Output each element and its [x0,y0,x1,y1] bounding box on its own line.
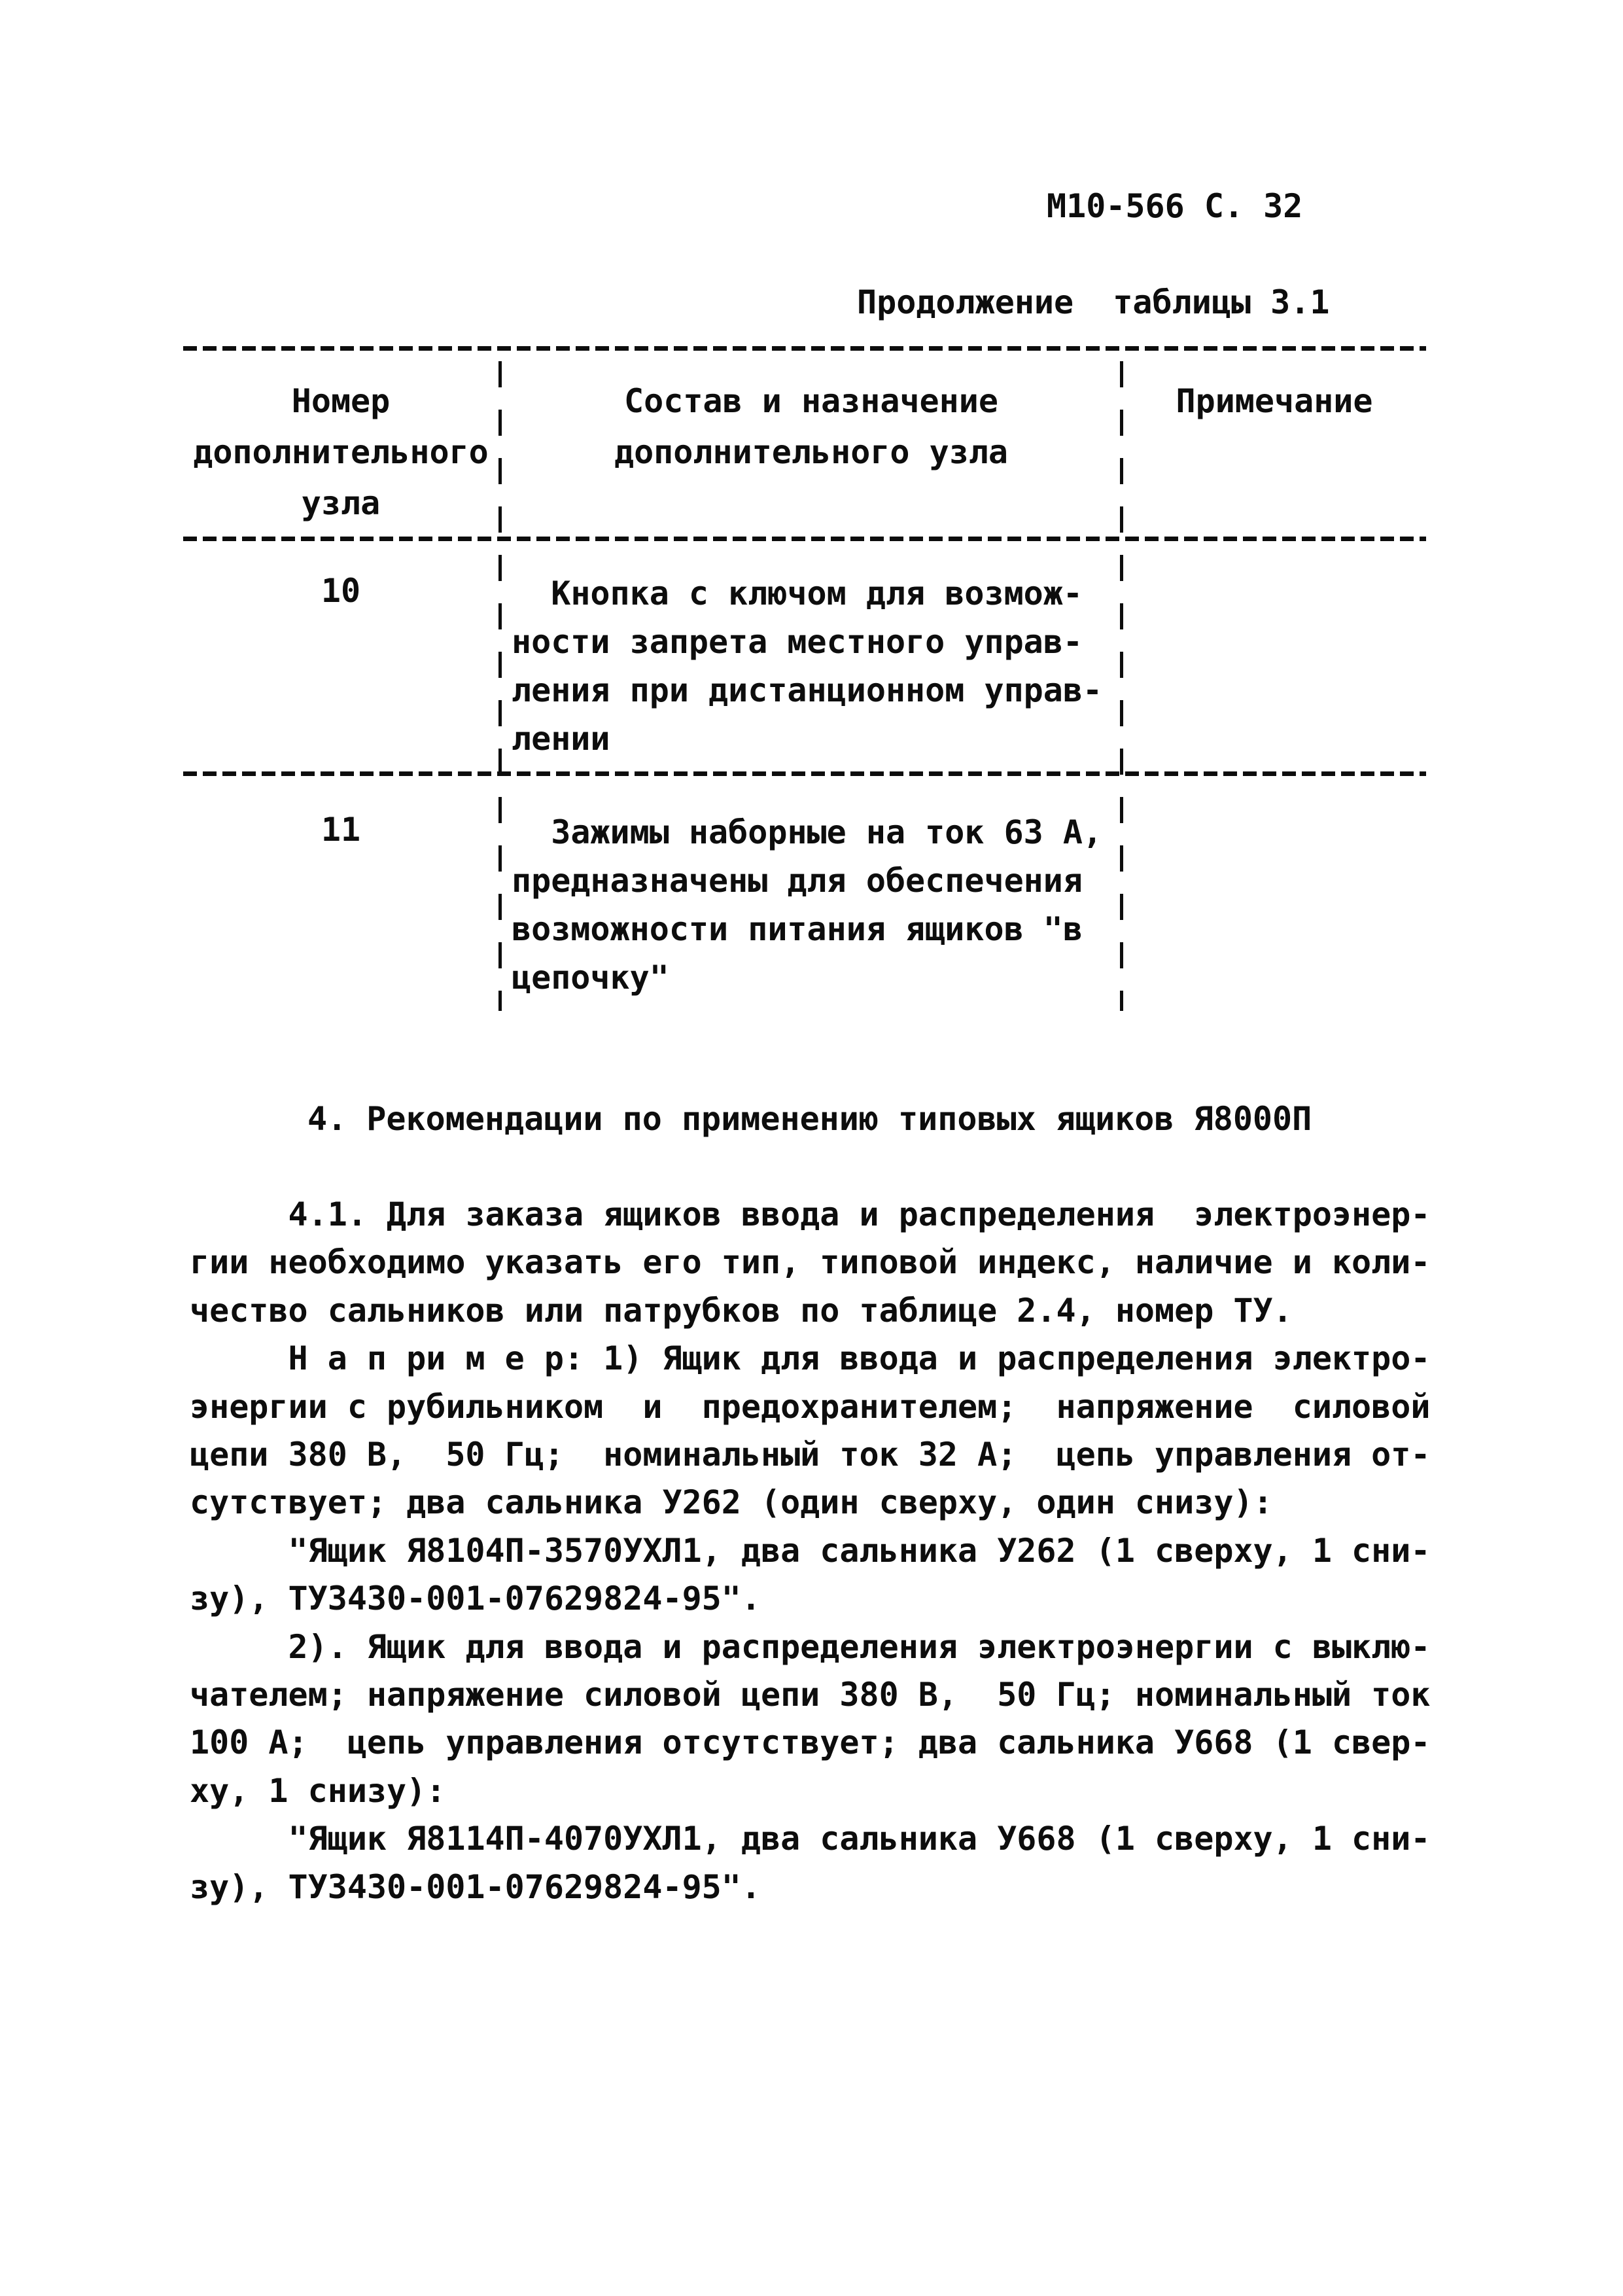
section-4-heading: 4. Рекомендации по применению типовых ящ… [307,1103,1312,1135]
table-row-separator-2 [183,771,1426,776]
table-row-separator-1 [183,537,1426,541]
composition-cell: Кнопка с ключом для возмож- ности запрет… [512,569,1126,763]
column-header-unit-number: Номер дополнительного узла [183,376,498,529]
section-4-body-text: 4.1. Для заказа ящиков ввода и распредел… [190,1191,1465,1911]
column-header-note: Примечание [1123,376,1426,427]
scanned-document-page: М10-566 С. 32 Продолжение таблицы 3.1 Но… [0,0,1623,2296]
table-column-separator-1 [498,361,502,1011]
unit-number-cell: 10 [183,574,498,607]
composition-cell: Зажимы наборные на ток 63 А, предназначе… [512,808,1126,1002]
table-top-border [183,346,1426,351]
column-header-composition-purpose: Состав и назначение дополнительного узла [504,376,1119,478]
table-continuation-caption: Продолжение таблицы 3.1 [857,286,1329,319]
doc-code-page-number: М10-566 С. 32 [1047,190,1302,222]
unit-number-cell: 11 [183,813,498,846]
